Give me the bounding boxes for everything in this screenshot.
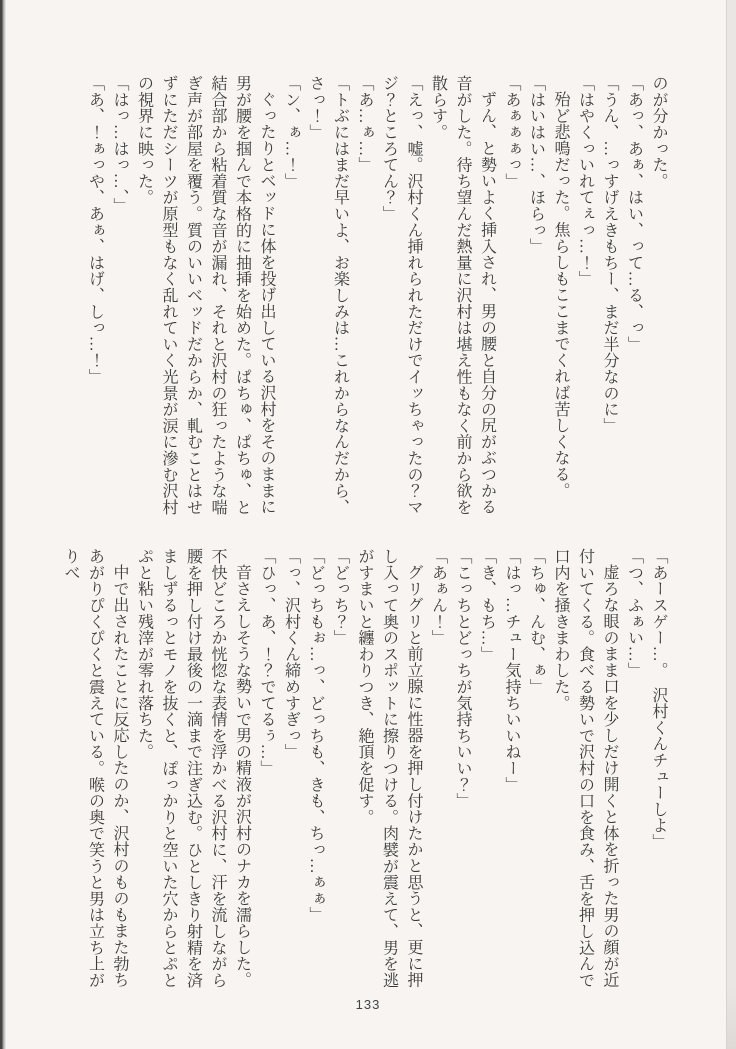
- paragraph: 「つ、ふぁい…」: [621, 548, 646, 1000]
- paragraph: 「っ、沢村くん締めすぎっ」: [278, 548, 303, 1000]
- paragraph: 「どっちもぉ…っ、どっちも、きも、ちっ…ぁぁ」: [303, 548, 328, 1000]
- scanned-book-page: のが分かった。「あっ、あぁ、はい、って…る、っ」「うん、…っすげえきもちー、まだ…: [0, 0, 736, 1049]
- paragraph: 「あぁん！」: [425, 548, 450, 1000]
- paragraph: ずん、と勢いよく挿入され、男の腰と自分の尻がぶつかる音がした。待ち望んだ熱量に沢…: [425, 75, 499, 527]
- page-number: 133: [0, 997, 736, 1012]
- text-block-top: のが分かった。「あっ、あぁ、はい、って…る、っ」「うん、…っすげえきもちー、まだ…: [72, 75, 670, 527]
- paragraph: 「ン、ぁ…！」: [278, 75, 303, 527]
- paragraph: 「うん、…っすげえきもちー、まだ半分なのに」: [597, 75, 622, 527]
- paragraph: 「えっ、嘘。沢村くん挿れられただけでイッちゃったの？マジ？ところてん？」: [376, 75, 425, 527]
- paragraph: 「あースゲー…。 沢村くんチューしよ」: [646, 548, 671, 1000]
- paragraph: 「あ、！ぁっや、あぁ、はげ、しっ…！」: [82, 75, 107, 527]
- paragraph: 「き、もち…」: [474, 548, 499, 1000]
- paragraph: 「どっち？」: [327, 548, 352, 1000]
- paragraph: 中で出されたことに反応したのか、沢村のものもまた勃ちあがりぴくぴくと震えている。…: [58, 548, 132, 1000]
- paragraph: 「ひっ、あ、！？でてるぅ…」: [254, 548, 279, 1000]
- paragraph: 「はやくっいれてぇっ…！」: [572, 75, 597, 527]
- paragraph: 「はっ…チュー気持ちいいねー」: [499, 548, 524, 1000]
- paragraph: 「あ…ぁ…」: [352, 75, 377, 527]
- paragraph: 「あっ、あぁ、はい、って…る、っ」: [621, 75, 646, 527]
- paragraph: 音さえしそうな勢いで男の精液が沢村のナカを濡らした。不快どころか恍惚な表情を浮か…: [131, 548, 254, 1000]
- paragraph: 「はいはい…、ほらっ」: [523, 75, 548, 527]
- paragraph: 殆ど悲鳴だった。焦らしもここまでくれば苦しくなる。: [548, 75, 573, 527]
- paragraph: ぐったりとベッドに体を投げ出している沢村をそのままに男が腰を掴んで本格的に抽挿を…: [131, 75, 278, 527]
- paragraph: 「トぶにはまだ早いよ、お楽しみは…これからなんだから、さっ！」: [303, 75, 352, 527]
- paragraph: グリグリと前立腺に性器を押し付けたかと思うと、更に押し入って奥のスポットに擦りつ…: [352, 548, 426, 1000]
- text-block-bottom: 「あースゲー…。 沢村くんチューしよ」「つ、ふぁい…」虚ろな眼のまま口を少しだけ…: [72, 548, 670, 1000]
- page-edge: [726, 0, 736, 1049]
- paragraph: のが分かった。: [646, 75, 671, 527]
- paragraph: 「ちゅ、んむ、ぁ」: [523, 548, 548, 1000]
- paragraph: 虚ろな眼のまま口を少しだけ開くと体を折った男の顔が近付いてくる。食べる勢いで沢村…: [548, 548, 622, 1000]
- paragraph: 「こっちとどっちが気持ちいい？」: [450, 548, 475, 1000]
- paragraph: 「はっ…はっ…、」: [107, 75, 132, 527]
- page-spine-shadow: [0, 0, 6, 1049]
- paragraph: 「あぁぁぁっ」: [499, 75, 524, 527]
